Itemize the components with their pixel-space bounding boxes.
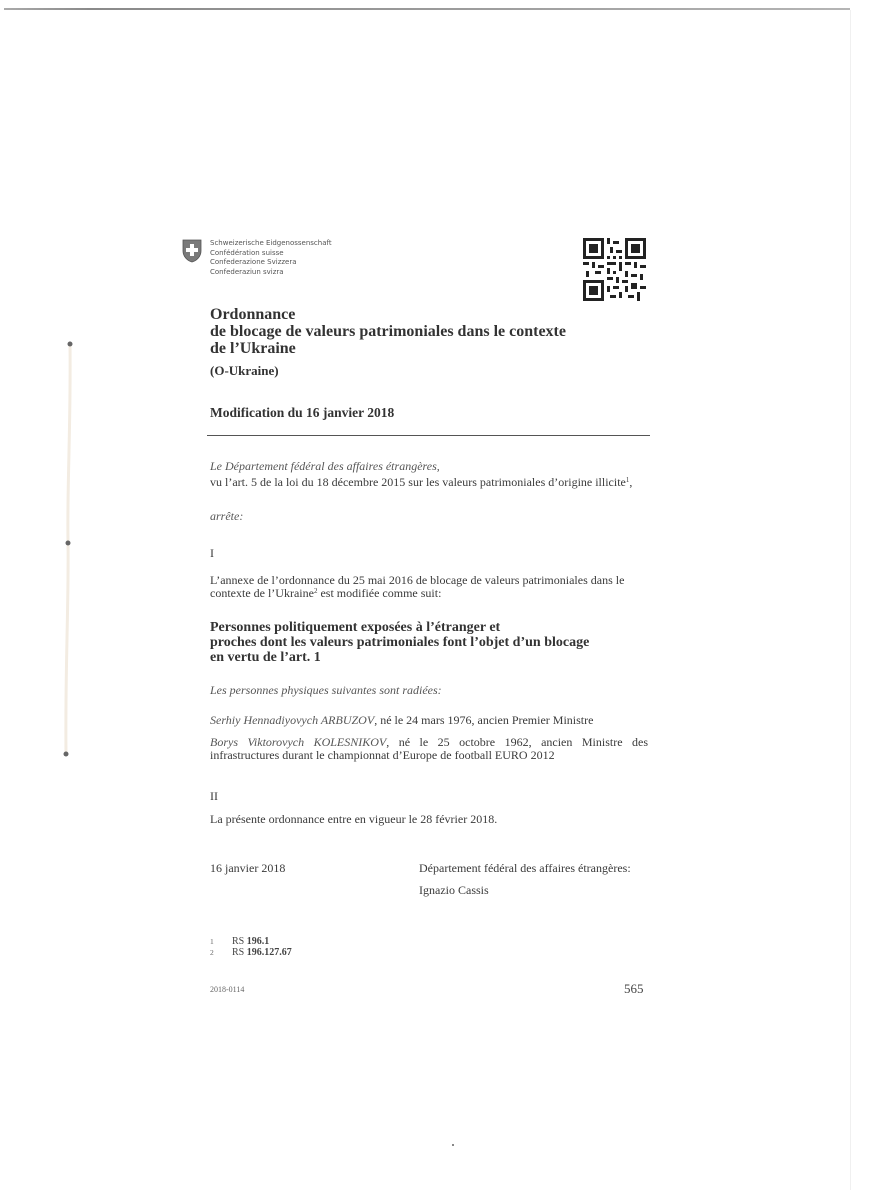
footnote-prefix: RS xyxy=(232,947,247,958)
annex-title-line-1: Personnes politiquement exposées à l’étr… xyxy=(210,620,660,635)
ordinance-title: Ordonnance de blocage de valeurs patrimo… xyxy=(210,306,670,379)
confederation-name-it: Confederazione Svizzera xyxy=(210,258,332,268)
section-1-text: L’annexe de l’ordonnance du 25 mai 2016 … xyxy=(210,574,650,600)
page-number: 565 xyxy=(624,981,644,997)
signatory-name: Ignazio Cassis xyxy=(419,884,659,897)
confederation-name-rm: Confederaziun svizra xyxy=(210,268,332,278)
footnote-number: 1 xyxy=(210,937,232,948)
confederation-name-de: Schweizerische Eidgenossenschaft xyxy=(210,239,332,249)
section-2-numeral: II xyxy=(210,790,650,803)
scan-right-edge xyxy=(850,10,851,1190)
section-1-text-end: est modifiée comme suit: xyxy=(317,586,441,600)
preamble-decrees: arrête: xyxy=(210,510,650,523)
person-name: Borys Viktorovych KOLESNIKOV xyxy=(210,735,386,749)
preamble-basis-end: , xyxy=(629,475,632,489)
preamble-authority: Le Département fédéral des affaires étra… xyxy=(210,460,650,473)
swiss-crest-icon xyxy=(182,239,202,263)
binding-string-icon xyxy=(62,340,76,760)
person-entry: Serhiy Hennadiyovych ARBUZOV, né le 24 m… xyxy=(210,714,650,727)
qr-code-icon xyxy=(583,238,646,301)
preamble-basis: vu l’art. 5 de la loi du 18 décembre 201… xyxy=(210,476,650,489)
document-code: 2018-0114 xyxy=(210,985,244,994)
scan-speck xyxy=(452,1144,454,1146)
footnote: 2 RS 196.127.67 xyxy=(210,948,292,959)
short-title: (O-Ukraine) xyxy=(210,363,670,379)
section-1-numeral: I xyxy=(210,547,650,560)
title-divider xyxy=(207,435,650,436)
annex-title: Personnes politiquement exposées à l’étr… xyxy=(210,620,660,665)
footnote-ref: 196.127.67 xyxy=(247,947,292,958)
preamble-basis-text: vu l’art. 5 de la loi du 18 décembre 201… xyxy=(210,475,626,489)
annex-title-line-3: en vertu de l’art. 1 xyxy=(210,650,660,665)
title-line-3: de l’Ukraine xyxy=(210,340,670,357)
person-entry: Borys Viktorovych KOLESNIKOV, né le 25 o… xyxy=(210,736,648,762)
person-details: , né le 24 mars 1976, ancien Premier Min… xyxy=(374,713,593,727)
person-name: Serhiy Hennadiyovych ARBUZOV xyxy=(210,713,374,727)
modification-date-heading: Modification du 16 janvier 2018 xyxy=(210,405,394,421)
title-line-2: de blocage de valeurs patrimoniales dans… xyxy=(210,323,670,340)
footnote-text: RS 196.127.67 xyxy=(232,948,292,959)
footnote-prefix: RS xyxy=(232,936,247,947)
title-line-1: Ordonnance xyxy=(210,306,670,323)
footnote-ref: 196.1 xyxy=(247,936,270,947)
annex-title-line-2: proches dont les valeurs patrimoniales f… xyxy=(210,635,660,650)
removed-persons-intro: Les personnes physiques suivantes sont r… xyxy=(210,684,650,697)
section-2-text: La présente ordonnance entre en vigueur … xyxy=(210,813,650,826)
footnotes: 1 RS 196.1 2 RS 196.127.67 xyxy=(210,937,292,958)
scan-top-edge xyxy=(4,8,850,10)
confederation-name-fr: Confédération suisse xyxy=(210,249,332,259)
footnote-number: 2 xyxy=(210,948,232,959)
signature-date: 16 janvier 2018 xyxy=(210,862,410,875)
confederation-names: Schweizerische Eidgenossenschaft Confédé… xyxy=(210,239,332,277)
signature-department: Département fédéral des affaires étrangè… xyxy=(419,862,659,875)
